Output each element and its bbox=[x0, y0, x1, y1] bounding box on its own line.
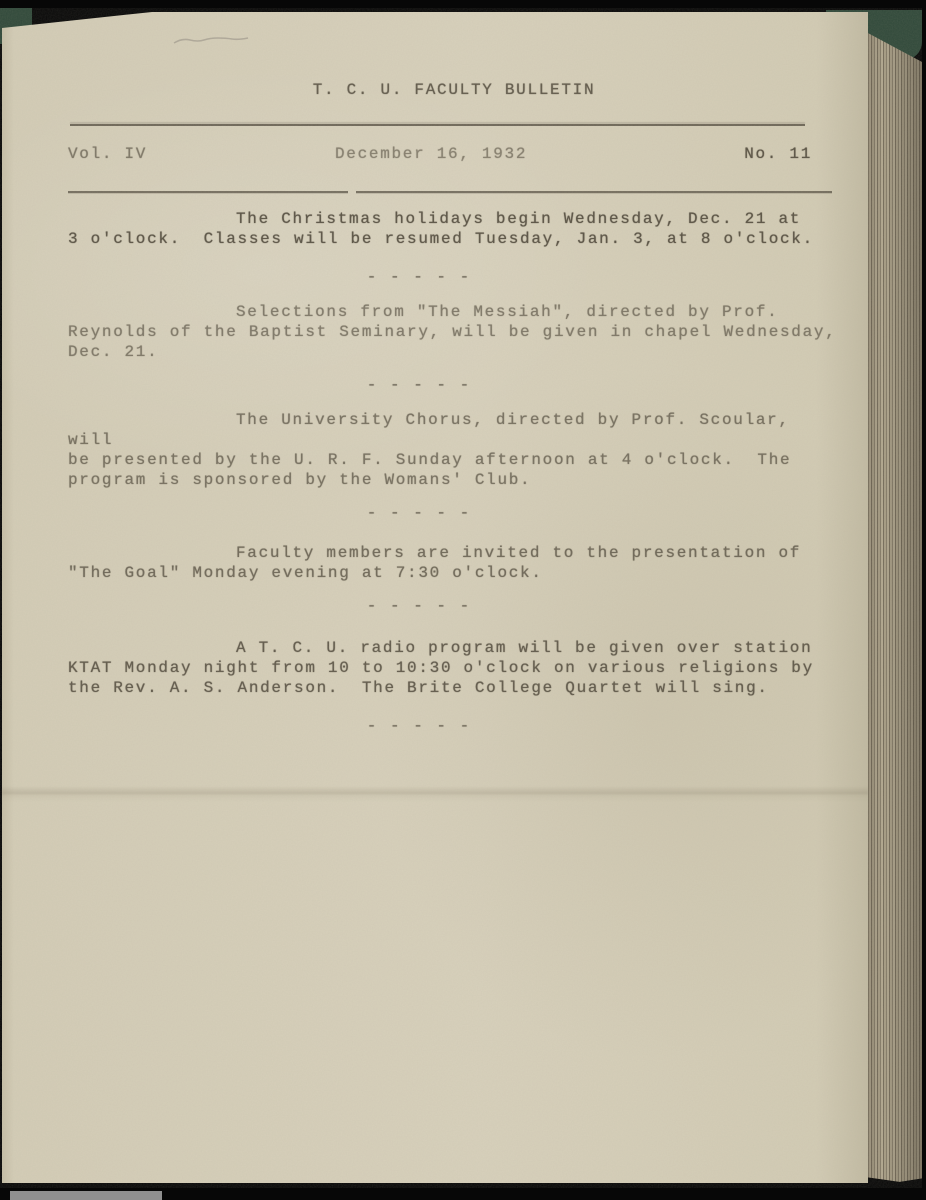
bulletin-item-radio: A T. C. U. radio program will be given o… bbox=[68, 638, 840, 698]
item-line: the Rev. A. S. Anderson. The Brite Colle… bbox=[68, 678, 840, 698]
bulletin-item-the-goal: Faculty members are invited to the prese… bbox=[68, 543, 840, 583]
item-separator: - - - - - bbox=[33, 596, 805, 616]
page-scan: T. C. U. FACULTY BULLETIN Vol. IV Decemb… bbox=[2, 12, 868, 1183]
masthead-title: T. C. U. FACULTY BULLETIN bbox=[68, 80, 840, 100]
header-rule-right-segment bbox=[356, 191, 832, 193]
item-line: Selections from "The Messiah", directed … bbox=[68, 302, 840, 322]
volume-label: Vol. IV bbox=[68, 144, 147, 164]
page-edge-stack bbox=[866, 12, 922, 1183]
item-line: The Christmas holidays begin Wednesday, … bbox=[68, 209, 840, 229]
item-separator: - - - - - bbox=[33, 375, 805, 395]
item-line: "The Goal" Monday evening at 7:30 o'cloc… bbox=[68, 563, 840, 583]
item-separator: - - - - - bbox=[33, 503, 805, 523]
item-separator: - - - - - bbox=[33, 267, 805, 287]
bulletin-sheet: T. C. U. FACULTY BULLETIN Vol. IV Decemb… bbox=[68, 80, 840, 736]
issue-info-row: Vol. IV December 16, 1932 No. 11 bbox=[68, 144, 840, 164]
pencil-mark bbox=[172, 34, 252, 48]
item-line: Reynolds of the Baptist Seminary, will b… bbox=[68, 322, 840, 342]
bulletin-item-chorus: The University Chorus, directed by Prof.… bbox=[68, 410, 840, 490]
item-line: be presented by the U. R. F. Sunday afte… bbox=[68, 450, 840, 470]
item-line: 3 o'clock. Classes will be resumed Tuesd… bbox=[68, 229, 840, 249]
bulletin-item-messiah: Selections from "The Messiah", directed … bbox=[68, 302, 840, 362]
fold-crease bbox=[2, 786, 868, 802]
issue-number: No. 11 bbox=[744, 144, 812, 164]
item-line: program is sponsored by the Womans' Club… bbox=[68, 470, 840, 490]
item-line: A T. C. U. radio program will be given o… bbox=[68, 638, 840, 658]
item-line: KTAT Monday night from 10 to 10:30 o'clo… bbox=[68, 658, 840, 678]
item-line: The University Chorus, directed by Prof.… bbox=[68, 410, 840, 450]
item-line: Dec. 21. bbox=[68, 342, 840, 362]
bulletin-item-holidays: The Christmas holidays begin Wednesday, … bbox=[68, 209, 840, 249]
header-rule-left-segment bbox=[68, 191, 348, 193]
issue-date: December 16, 1932 bbox=[335, 144, 527, 164]
item-separator: - - - - - bbox=[33, 716, 805, 736]
masthead-rule bbox=[70, 124, 805, 126]
item-line: Faculty members are invited to the prese… bbox=[68, 543, 840, 563]
scan-artifact-bar bbox=[10, 1191, 162, 1200]
header-double-rule bbox=[68, 191, 840, 193]
